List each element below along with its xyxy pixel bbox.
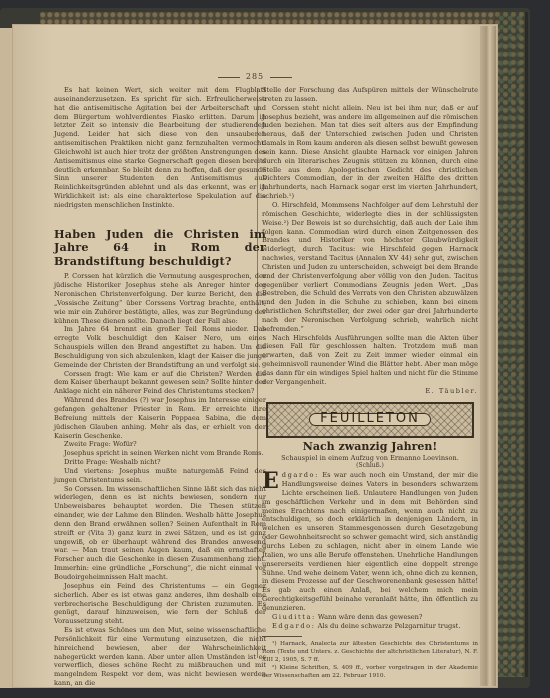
speaker-name: Giuditta: xyxy=(272,613,316,621)
footnote: ¹) Harnack, Analecta zur ältesten Geschi… xyxy=(262,641,478,664)
article-paragraph: Und viertens: Josephus mußte naturgemäß … xyxy=(54,467,266,485)
article-paragraph: Dritte Frage: Weshalb nicht? xyxy=(54,458,266,467)
article-paragraph: Josephus ein Feind des Christentums — ei… xyxy=(54,582,266,626)
article-paragraph: O. Hirschfeld, Mommsens Nachfolger auf d… xyxy=(262,201,478,334)
article-paragraph: Corssen steht nicht allein. Neu ist bei … xyxy=(262,104,478,201)
page-number-rule-right xyxy=(270,77,292,78)
footnote: ²) Kleine Schriften, S. 409 ff., vorher … xyxy=(262,665,478,681)
article-paragraph: So Corssen. Im wissenschaftlichen Sinne … xyxy=(54,485,266,582)
cover-marbled-edge xyxy=(495,12,528,677)
intro-paragraph: Es hat keinen Wert, sich weiter mit dem … xyxy=(54,86,266,210)
play-subtitle: Schauspiel in einem Aufzug von Ermanno L… xyxy=(262,454,478,463)
footnote-rule xyxy=(262,636,302,637)
article-paragraph: P. Corssen hat kürzlich die Vermutung au… xyxy=(54,272,266,325)
page-number-rule-left xyxy=(218,77,240,78)
article-paragraph: Zweite Frage: Wofür? xyxy=(54,440,266,449)
play-title: Nach zwanzig Jahren! xyxy=(262,440,478,454)
left-column: Es hat keinen Wert, sich weiter mit dem … xyxy=(54,86,266,688)
speech-text: Als du deine schwarze Pelzgarnitur trugs… xyxy=(318,622,461,630)
page-number-text: 285 xyxy=(246,72,264,81)
speaker-name: dgardo: xyxy=(282,471,319,479)
feuilleton-ornamental-banner: FEUILLETON xyxy=(266,402,474,438)
article-paragraph: Nach Hirschfelds Ausführungen sollte man… xyxy=(262,334,478,387)
book-page: 285 Es hat keinen Wert, sich weiter mit … xyxy=(12,24,498,688)
article-paragraph: Während des Brandes (?) war Josephus im … xyxy=(54,396,266,440)
article-paragraph: Corssen fragt: Wie kam er auf die Christ… xyxy=(54,370,266,397)
play-speech: Giuditta: Wann wäre denn das gewesen? xyxy=(262,613,478,622)
article-heading: Haben Juden die Christen im Jahre 64 in … xyxy=(54,228,266,269)
play-speech: Edgardo: Als du deine schwarze Pelzgarni… xyxy=(262,622,478,631)
speaker-name: Edgardo: xyxy=(272,622,316,630)
article-paragraph: Es ist etwas Schönes um den Mut, seine w… xyxy=(54,626,266,688)
play-speech: Edgardo: Es war auch noch ein Umstand, d… xyxy=(262,471,478,613)
article-paragraph: Im Jahre 64 brennt ein großer Teil Roms … xyxy=(54,325,266,369)
page-stack-edge xyxy=(480,26,496,686)
feuilleton-banner-label: FEUILLETON xyxy=(309,413,431,426)
article-paragraph: Josephus spricht in seinen Werken nicht … xyxy=(54,449,266,458)
right-column: Stelle der Forschung das Aufspüren mitte… xyxy=(262,86,478,680)
speech-text: Wann wäre denn das gewesen? xyxy=(318,613,423,621)
drop-cap-letter: E xyxy=(262,472,279,490)
article-paragraph: Stelle der Forschung das Aufspüren mitte… xyxy=(262,86,478,104)
page-number: 285 xyxy=(12,72,498,81)
play-continuation-note: (Schluß.) xyxy=(262,462,478,471)
speech-text: Es war auch noch ein Umstand, der mir di… xyxy=(262,471,478,612)
author-signature: E. Täubler. xyxy=(262,387,478,396)
